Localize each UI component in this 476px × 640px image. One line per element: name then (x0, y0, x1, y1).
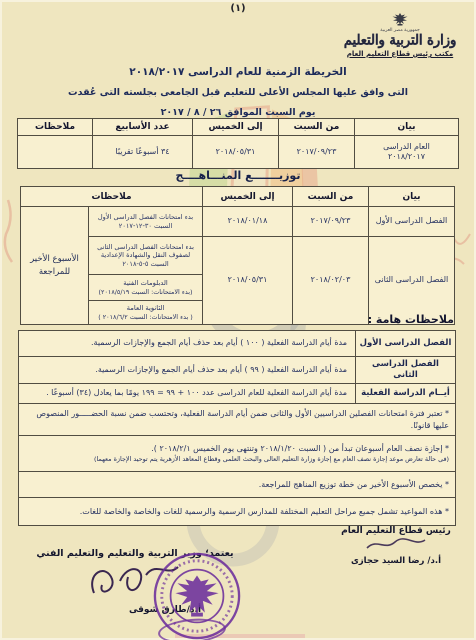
note-row-text: مدة أيام الدراسة الفعلية ( ١٠٠ ) أيام بع… (19, 331, 356, 357)
semester1-to-date: ٢٠١٨/٠١/١٨ (203, 207, 293, 237)
sector-head-name: أ.د/ رضا السيد حجازى (330, 556, 462, 566)
table-row: * هذه المواعيد تشمل جميع مراحل التعليم ا… (19, 498, 456, 526)
table-row: * يخصص الأسبوع الأخير من خطة توزيع المنا… (19, 472, 456, 498)
table-row: * تعتبر فترة امتحانات الفصلين الدراسيين … (19, 404, 456, 436)
approved-label: يعتمد؛ (205, 548, 233, 559)
eagle-emblem-icon (391, 12, 409, 27)
col-header-notes: ملاحظات (21, 187, 203, 207)
weeks-count: ٣٤ أسبوعًا تقريبًا (93, 136, 193, 169)
approval-date-line: يوم السبت الموافق ٢٦ / ٨ / ٢٠١٧ (60, 107, 416, 118)
academic-year-label: العام الدراسى ٢٠١٨/٢٠١٧ (355, 136, 459, 169)
col-header-notes: ملاحظات (18, 119, 93, 136)
semester2-label: الفصل الدراسى الثانى (369, 237, 455, 325)
document-title: الخريطة الزمنية للعام الدراسى ٢٠١٨/٢٠١٧ (60, 66, 416, 78)
sector-head-title: رئيس قطاع التعليم العام (330, 526, 462, 536)
starred-note: * هذه المواعيد تشمل جميع مراحل التعليم ا… (19, 498, 456, 526)
semester2-from-date: ٢٠١٨/٠٢/٠٣ (293, 237, 369, 325)
sector-head-signature-block: رئيس قطاع التعليم العام أ.د/ رضا السيد ح… (330, 526, 462, 566)
table-row: الفصل الدراسى الأول مدة أيام الدراسة الف… (19, 331, 456, 357)
col-header-statement: بيان (355, 119, 459, 136)
minister-title: يعتمد؛ وزير التربية والتعليم والتعليم ال… (26, 548, 244, 559)
semester1-from-date: ٢٠١٧/٠٩/٢٣ (293, 207, 369, 237)
year-from-date: ٢٠١٧/٠٩/٢٣ (279, 136, 355, 169)
technical-diplomas-note: الدبلومات الفنية (بدء الامتحانات: السبت … (89, 275, 203, 301)
col-header-weeks: عدد الأسابيع (93, 119, 193, 136)
col-header-to: إلى الخميس (193, 119, 279, 136)
academic-year-table: بيان من السبت إلى الخميس عدد الأسابيع مل… (17, 118, 459, 169)
important-notes-title: ملاحظات هامة : (368, 313, 454, 326)
office-label: مكتب رئيس قطاع التعليم العام (334, 50, 466, 58)
col-header-from: من السبت (279, 119, 355, 136)
semester2-exams-note: بدء امتحانات الفصل الدراسى الثانى لصفوف … (89, 237, 203, 275)
document-page: (١) جمهورية مصر العربية وزارة التربية وا… (0, 0, 476, 640)
general-secondary-note: الثانوية العامة ( بدء الامتحانات: السبت … (89, 301, 203, 325)
semester1-label: الفصل الدراسى الأول (369, 207, 455, 237)
title-block: الخريطة الزمنية للعام الدراسى ٢٠١٨/٢٠١٧ … (60, 66, 416, 118)
note-row-text: مدة أيام الدراسة الفعلية للعام الدراسى ع… (19, 384, 356, 404)
curriculum-section-title: توزيـــــــع المنـــاهــــج (0, 169, 476, 182)
table-row: العام الدراسى ٢٠١٨/٢٠١٧ ٢٠١٧/٠٩/٢٣ ٢٠١٨/… (18, 136, 459, 169)
note-row-label: الفصل الدراسى الثانى (356, 357, 456, 384)
document-subtitle: التى وافق عليها المجلس الأعلى للتعليم قب… (60, 87, 416, 98)
curriculum-distribution-table: بيان من السبت إلى الخميس ملاحظات الفصل ا… (20, 186, 455, 325)
note-row-label: أيــام الدراسة الفعلية (356, 384, 456, 404)
table-row: الفصل الدراسى الثانى مدة أيام الدراسة ال… (19, 357, 456, 384)
table-row: * إجازة نصف العام أسبوعان تبدأ من ( السب… (19, 436, 456, 472)
table-row: أيــام الدراسة الفعلية مدة أيام الدراسة … (19, 384, 456, 404)
starred-note: * تعتبر فترة امتحانات الفصلين الدراسيين … (19, 404, 456, 436)
col-header-from: من السبت (293, 187, 369, 207)
ministry-logo-text: وزارة التربية والتعليم (334, 32, 466, 48)
minister-name: أ.د/طارق شوقى (86, 605, 244, 615)
minister-signature-block: يعتمد؛ وزير التربية والتعليم والتعليم ال… (26, 548, 244, 615)
note-row-text: مدة أيام الدراسة الفعلية ( ٩٩ ) أيام بعد… (19, 357, 356, 384)
col-header-statement: بيان (369, 187, 455, 207)
semester2-to-date: ٢٠١٨/٠٥/٣١ (203, 237, 293, 325)
holiday-subnote: (فى حالة تعارض موعد إجازة نصف العام مع إ… (22, 455, 449, 464)
year-to-date: ٢٠١٨/٠٥/٣١ (193, 136, 279, 169)
starred-note-holiday: * إجازة نصف العام أسبوعان تبدأ من ( السب… (19, 436, 456, 472)
sector-head-signature-icon (361, 536, 431, 552)
oval-stamp-icon (157, 616, 227, 640)
table-header-row: بيان من السبت إلى الخميس عدد الأسابيع مل… (18, 119, 459, 136)
semester1-exams-note: بدء امتحانات الفصل الدراسى الأول السبت ٣… (89, 207, 203, 237)
col-header-to: إلى الخميس (203, 187, 293, 207)
ministry-letterhead: جمهورية مصر العربية وزارة التربية والتعل… (334, 12, 466, 58)
important-notes-table: الفصل الدراسى الأول مدة أيام الدراسة الف… (18, 330, 456, 526)
review-week-cell: الأسبوع الأخير للمراجعة (21, 207, 89, 325)
table-header-row: بيان من السبت إلى الخميس ملاحظات (21, 187, 455, 207)
minister-signature-icon (80, 559, 190, 605)
year-notes-cell (18, 136, 93, 169)
note-row-label: الفصل الدراسى الأول (356, 331, 456, 357)
table-row: الفصل الدراسى الأول ٢٠١٧/٠٩/٢٣ ٢٠١٨/٠١/١… (21, 207, 455, 237)
starred-note: * يخصص الأسبوع الأخير من خطة توزيع المنا… (19, 472, 456, 498)
